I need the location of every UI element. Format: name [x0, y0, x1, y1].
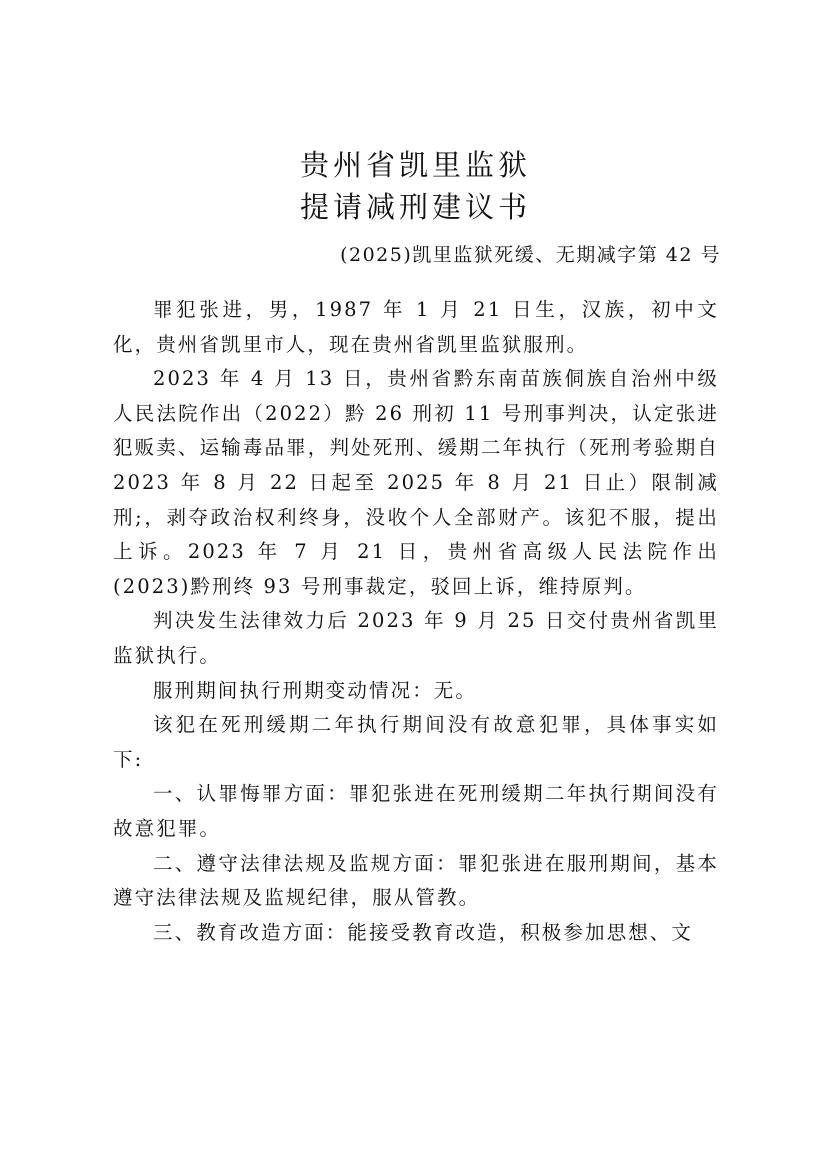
paragraph-rule-compliance: 二、遵守法律法规及监规方面：罪犯张进在服刑期间，基本遵守法律法规及监规纪律，服从… [113, 847, 719, 916]
paragraph-judgment-history: 2023 年 4 月 13 日，贵州省黔东南苗族侗族自治州中级人民法院作出（20… [113, 362, 719, 604]
title-line-document-type: 提请减刑建议书 [0, 186, 827, 228]
title-line-institution: 贵州省凯里监狱 [0, 144, 827, 186]
paragraph-education-reform: 三、教育改造方面：能接受教育改造，积极参加思想、文 [113, 916, 719, 951]
paragraph-delivery-to-prison: 判决发生法律效力后 2023 年 9 月 25 日交付贵州省凯里监狱执行。 [113, 604, 719, 673]
document-body: 罪犯张进，男，1987 年 1 月 21 日生，汉族，初中文化，贵州省凯里市人，… [113, 293, 719, 950]
paragraph-sentence-changes: 服刑期间执行刑期变动情况：无。 [113, 674, 719, 709]
paragraph-repentance: 一、认罪悔罪方面：罪犯张进在死刑缓期二年执行期间没有故意犯罪。 [113, 777, 719, 846]
paragraph-criminal-identity: 罪犯张进，男，1987 年 1 月 21 日生，汉族，初中文化，贵州省凯里市人，… [113, 293, 719, 362]
document-number: (2025)凯里监狱死缓、无期减字第 42 号 [340, 241, 721, 269]
document-title: 贵州省凯里监狱 提请减刑建议书 [0, 144, 827, 228]
paragraph-facts-intro: 该犯在死刑缓期二年执行期间没有故意犯罪，具体事实如下: [113, 708, 719, 777]
document-page: 贵州省凯里监狱 提请减刑建议书 (2025)凯里监狱死缓、无期减字第 42 号 … [0, 0, 827, 1169]
